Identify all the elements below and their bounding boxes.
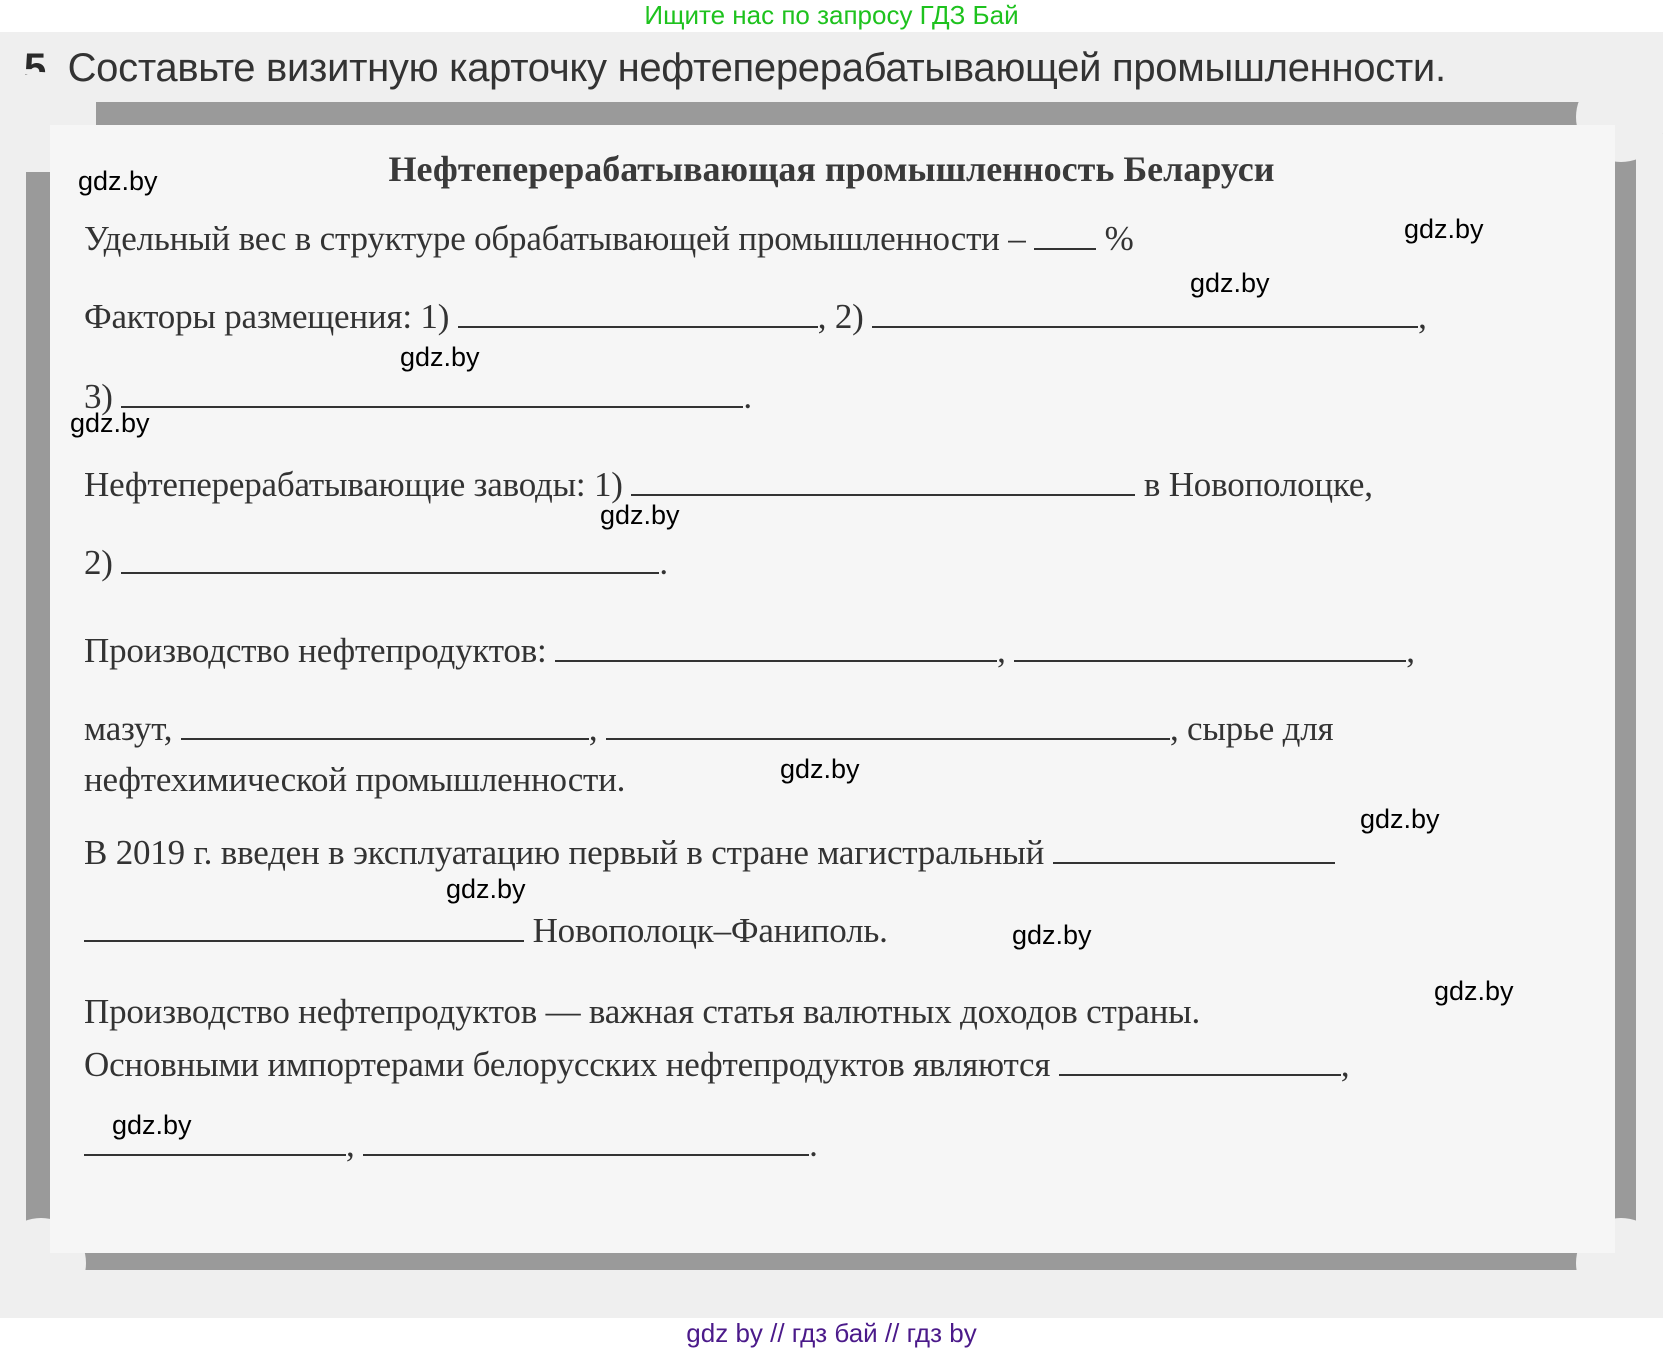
refinery-1-blank[interactable] bbox=[631, 464, 1135, 496]
line-pipeline: В 2019 г. введен в эксплуатацию первый в… bbox=[84, 832, 1335, 873]
watermark: gdz.by bbox=[70, 408, 150, 439]
watermark: gdz.by bbox=[1190, 268, 1270, 299]
importer-3-blank[interactable] bbox=[363, 1124, 809, 1156]
product-4-blank[interactable] bbox=[606, 708, 1170, 740]
product-2-blank[interactable] bbox=[1014, 630, 1406, 662]
line-products: Производство нефтепродуктов: , , bbox=[84, 630, 1415, 671]
share-blank[interactable] bbox=[1034, 218, 1096, 250]
line-export-income: Производство нефтепродуктов — важная ста… bbox=[84, 992, 1200, 1032]
watermark: gdz.by bbox=[446, 874, 526, 905]
factor-2-blank[interactable] bbox=[872, 296, 1418, 328]
importer-1-blank[interactable] bbox=[1059, 1044, 1341, 1076]
line-importers-cont: , . bbox=[84, 1124, 818, 1165]
line-importers: Основными импортерами белорусских нефтеп… bbox=[84, 1044, 1349, 1085]
watermark: gdz.by bbox=[1434, 976, 1514, 1007]
task-text: Составьте визитную карточку нефтеперераб… bbox=[68, 46, 1446, 90]
line-pipeline-route: Новополоцк–Фаниполь. bbox=[84, 910, 888, 951]
watermark: gdz.by bbox=[1360, 804, 1440, 835]
watermark: gdz.by bbox=[1404, 214, 1484, 245]
refinery-2-blank[interactable] bbox=[121, 542, 659, 574]
line-mazut: мазут, , , сырье для bbox=[84, 708, 1333, 749]
top-banner: Ищите нас по запросу ГДЗ Бай bbox=[0, 0, 1663, 32]
product-1-blank[interactable] bbox=[555, 630, 997, 662]
line-share: Удельный вес в структуре обрабатывающей … bbox=[84, 218, 1134, 259]
line-factors: Факторы размещения: 1) , 2) , bbox=[84, 296, 1427, 337]
watermark: gdz.by bbox=[1012, 920, 1092, 951]
pipeline-name-blank[interactable] bbox=[84, 910, 524, 942]
line-factor-3: 3) . bbox=[84, 376, 752, 417]
product-3-blank[interactable] bbox=[181, 708, 589, 740]
bottom-banner: gdz by // гдз бай // гдз by bbox=[0, 1318, 1663, 1351]
watermark: gdz.by bbox=[400, 342, 480, 373]
line-refinery-2: 2) . bbox=[84, 542, 668, 583]
watermark: gdz.by bbox=[78, 166, 158, 197]
factor-1-blank[interactable] bbox=[458, 296, 818, 328]
task-title: 5. Составьте визитную карточку нефтепере… bbox=[24, 46, 1446, 91]
factor-3-blank[interactable] bbox=[121, 376, 743, 408]
card-heading: Нефтеперерабатывающая промышленность Бел… bbox=[0, 148, 1663, 190]
watermark: gdz.by bbox=[780, 754, 860, 785]
line-petrochem: нефтехимической промышленности. bbox=[84, 760, 625, 800]
watermark: gdz.by bbox=[112, 1110, 192, 1141]
watermark: gdz.by bbox=[600, 500, 680, 531]
pipeline-type-blank[interactable] bbox=[1053, 832, 1335, 864]
line-refineries: Нефтеперерабатывающие заводы: 1) в Новоп… bbox=[84, 464, 1373, 505]
